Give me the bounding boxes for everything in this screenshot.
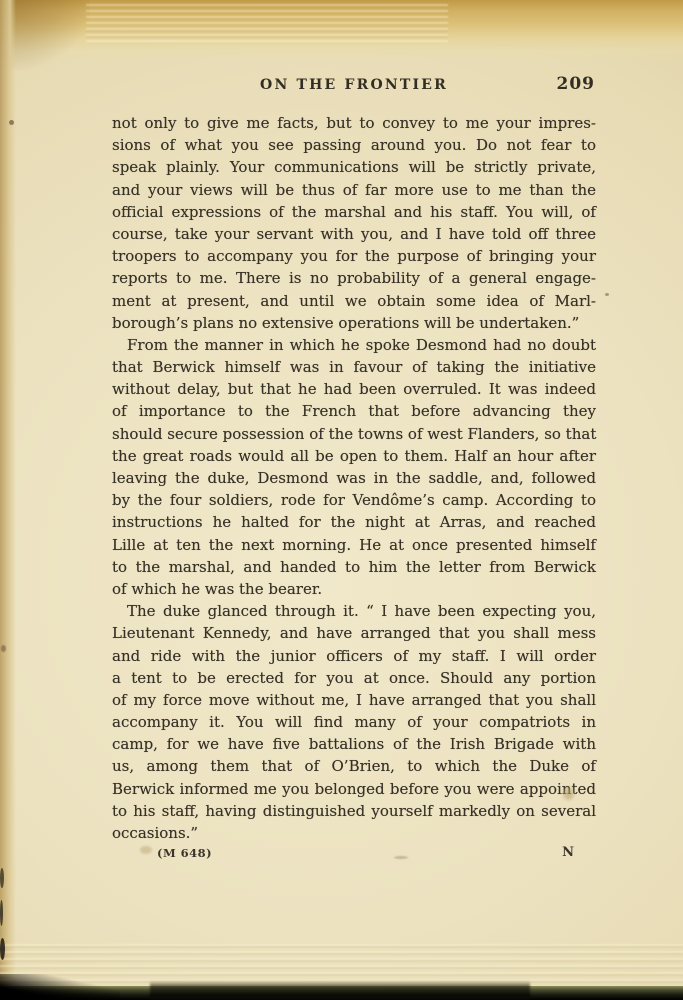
book-bottom-shadow-mid	[150, 981, 530, 1000]
text-line: should secure possession of the towns of…	[112, 423, 596, 445]
text-line: troopers to accompany you for the purpos…	[112, 245, 596, 267]
foxing-speck	[563, 787, 574, 800]
text-line: reports to me. There is no probability o…	[112, 267, 596, 289]
text-line: and your views will be thus of far more …	[112, 179, 596, 201]
text-line: not only to give me facts, but to convey…	[112, 112, 596, 134]
paragraph: not only to give me facts, but to convey…	[112, 112, 596, 334]
foxing-speck	[605, 293, 609, 296]
text-line: by the four soldiers, rode for Vendôme’s…	[112, 489, 596, 511]
text-line: to his staff, having distinguished yours…	[112, 800, 596, 822]
text-line: leaving the duke, Desmond was in the sad…	[112, 467, 596, 489]
page-header: ON THE FRONTIER 209	[112, 74, 596, 98]
text-line: camp, for we have five battalions of the…	[112, 733, 596, 755]
text-line: Lieutenant Kennedy, and have arranged th…	[112, 622, 596, 644]
text-line: and ride with the junior officers of my …	[112, 645, 596, 667]
text-line: that Berwick himself was in favour of ta…	[112, 356, 596, 378]
text-line: sions of what you see passing around you…	[112, 134, 596, 156]
text-line: From the manner in which he spoke Desmon…	[112, 334, 596, 356]
edge-mark	[0, 868, 4, 888]
running-title: ON THE FRONTIER	[260, 77, 448, 93]
foxing-speck	[9, 120, 14, 125]
page-body-text: not only to give me facts, but to convey…	[112, 112, 596, 844]
text-line: Berwick informed me you belonged before …	[112, 778, 596, 800]
bottom-left-corner-shadow	[0, 974, 120, 1000]
text-line: of which he was the bearer.	[112, 578, 596, 600]
smudge	[394, 856, 408, 859]
text-line: without delay, but that he had been over…	[112, 378, 596, 400]
text-line: official expressions of the marshal and …	[112, 201, 596, 223]
text-line: instructions he halted for the night at …	[112, 511, 596, 533]
page-top-edge-streaks	[86, 4, 448, 42]
text-line: course, take your servant with you, and …	[112, 223, 596, 245]
text-line: occasions.”	[112, 822, 596, 844]
smudge	[140, 846, 152, 854]
paragraph: From the manner in which he spoke Desmon…	[112, 334, 596, 600]
text-line: ment at present, and until we obtain som…	[112, 290, 596, 312]
text-line: of my force move without me, I have arra…	[112, 689, 596, 711]
page-number: 209	[557, 74, 596, 94]
text-line: the great roads would all be open to the…	[112, 445, 596, 467]
edge-mark	[0, 900, 3, 926]
text-line: of importance to the French that before …	[112, 400, 596, 422]
text-line: The duke glanced through it. “ I have be…	[112, 600, 596, 622]
text-line: us, among them that of O’Brien, to which…	[112, 755, 596, 777]
page-left-deckle-edge	[0, 0, 16, 992]
text-line: borough’s plans no extensive operations …	[112, 312, 596, 334]
text-line: accompany it. You will find many of your…	[112, 711, 596, 733]
signature-letter: N	[562, 845, 574, 860]
paragraph: The duke glanced through it. “ I have be…	[112, 600, 596, 844]
printers-mark: (M 648)	[157, 846, 212, 860]
page-footer: (M 648) N	[112, 845, 596, 863]
text-line: Lille at ten the next morning. He at onc…	[112, 534, 596, 556]
foxing-speck	[1, 645, 6, 652]
scanned-book-page-photo: ON THE FRONTIER 209 not only to give me …	[0, 0, 683, 1000]
text-line: speak plainly. Your communications will …	[112, 156, 596, 178]
text-line: to the marshal, and handed to him the le…	[112, 556, 596, 578]
edge-mark	[0, 938, 5, 960]
text-line: a tent to be erected for you at once. Sh…	[112, 667, 596, 689]
